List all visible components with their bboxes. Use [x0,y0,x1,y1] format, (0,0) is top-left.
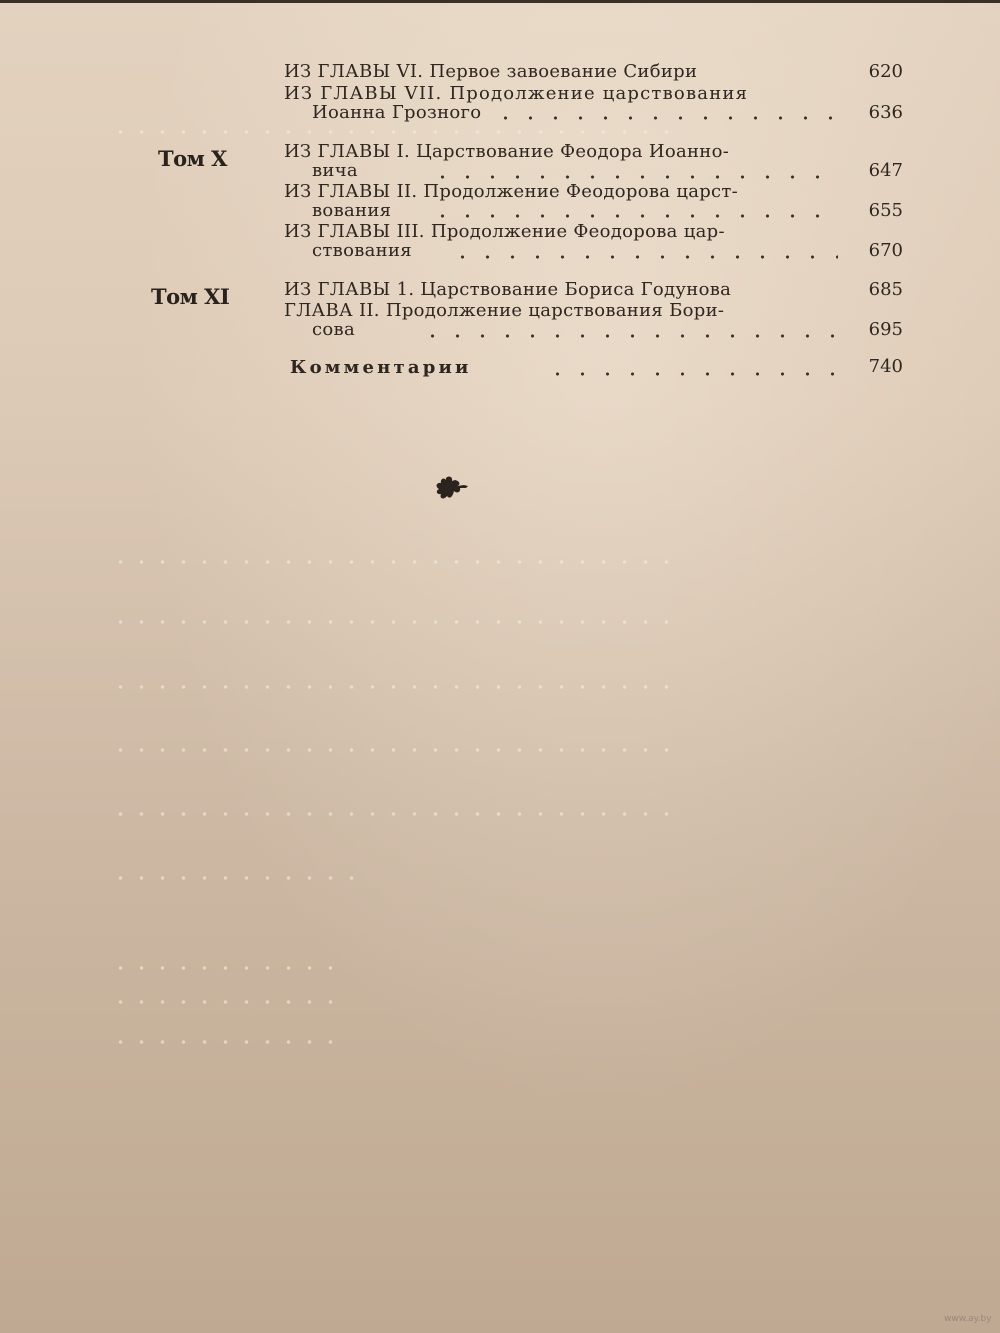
emboss-texture [110,1040,340,1044]
emboss-texture [110,876,370,880]
toc-entry-title: ИЗ ГЛАВЫ 1. Царствование Бориса Годунова [284,279,731,300]
watermark: www.ay.by [944,1314,992,1324]
toc-page-number: 670 [843,240,903,261]
emboss-texture [110,748,670,752]
emboss-texture [110,1000,340,1004]
emboss-texture [110,560,670,564]
toc-page-number: 636 [843,102,903,123]
toc-page-number: 740 [843,356,903,377]
page-top-edge [0,0,1000,3]
toc-entry-title: ИЗ ГЛАВЫ I. Царствование Феодора Иоанно- [284,141,729,162]
toc-entry-title-cont: ствования [312,240,412,261]
leader-dots [545,372,838,376]
toc-entry-title-cont: сова [312,319,355,340]
emboss-texture [110,130,670,134]
emboss-texture [110,966,340,970]
leader-dots [430,214,838,218]
leaf-ornament-icon [430,472,470,508]
volume-label: Том X [158,146,227,171]
toc-entry-title-cont: вования [312,200,391,221]
emboss-texture [110,812,670,816]
toc-entry-title: ИЗ ГЛАВЫ III. Продолжение Феодорова цар- [284,221,725,242]
toc-page-number: 620 [843,61,903,82]
toc-entry-title: ИЗ ГЛАВЫ II. Продолжение Феодорова царст… [284,181,738,202]
emboss-texture [110,620,670,624]
toc-page-number: 695 [843,319,903,340]
leader-dots [822,76,832,80]
leader-dots [420,334,838,338]
toc-entry-title: ИЗ ГЛАВЫ VI. Первое завоевание Сибири [284,61,697,82]
toc-entry-title-cont: Иоанна Грозного [312,102,481,123]
leader-dots [450,255,838,259]
volume-label: Том XI [151,284,229,309]
toc-page-number: 647 [843,160,903,181]
emboss-texture [110,685,670,689]
toc-entry-title: ИЗ ГЛАВЫ VII. Продолжение царствования [284,83,748,104]
leader-dots [493,116,838,120]
toc-entry-title: ГЛАВА II. Продолжение царствования Бори- [284,300,724,321]
toc-entry-title-cont: вича [312,160,358,181]
leader-dots [430,175,838,179]
toc-page-number: 685 [843,279,903,300]
toc-entry-title: Комментарии [290,357,472,378]
toc-page-number: 655 [843,200,903,221]
